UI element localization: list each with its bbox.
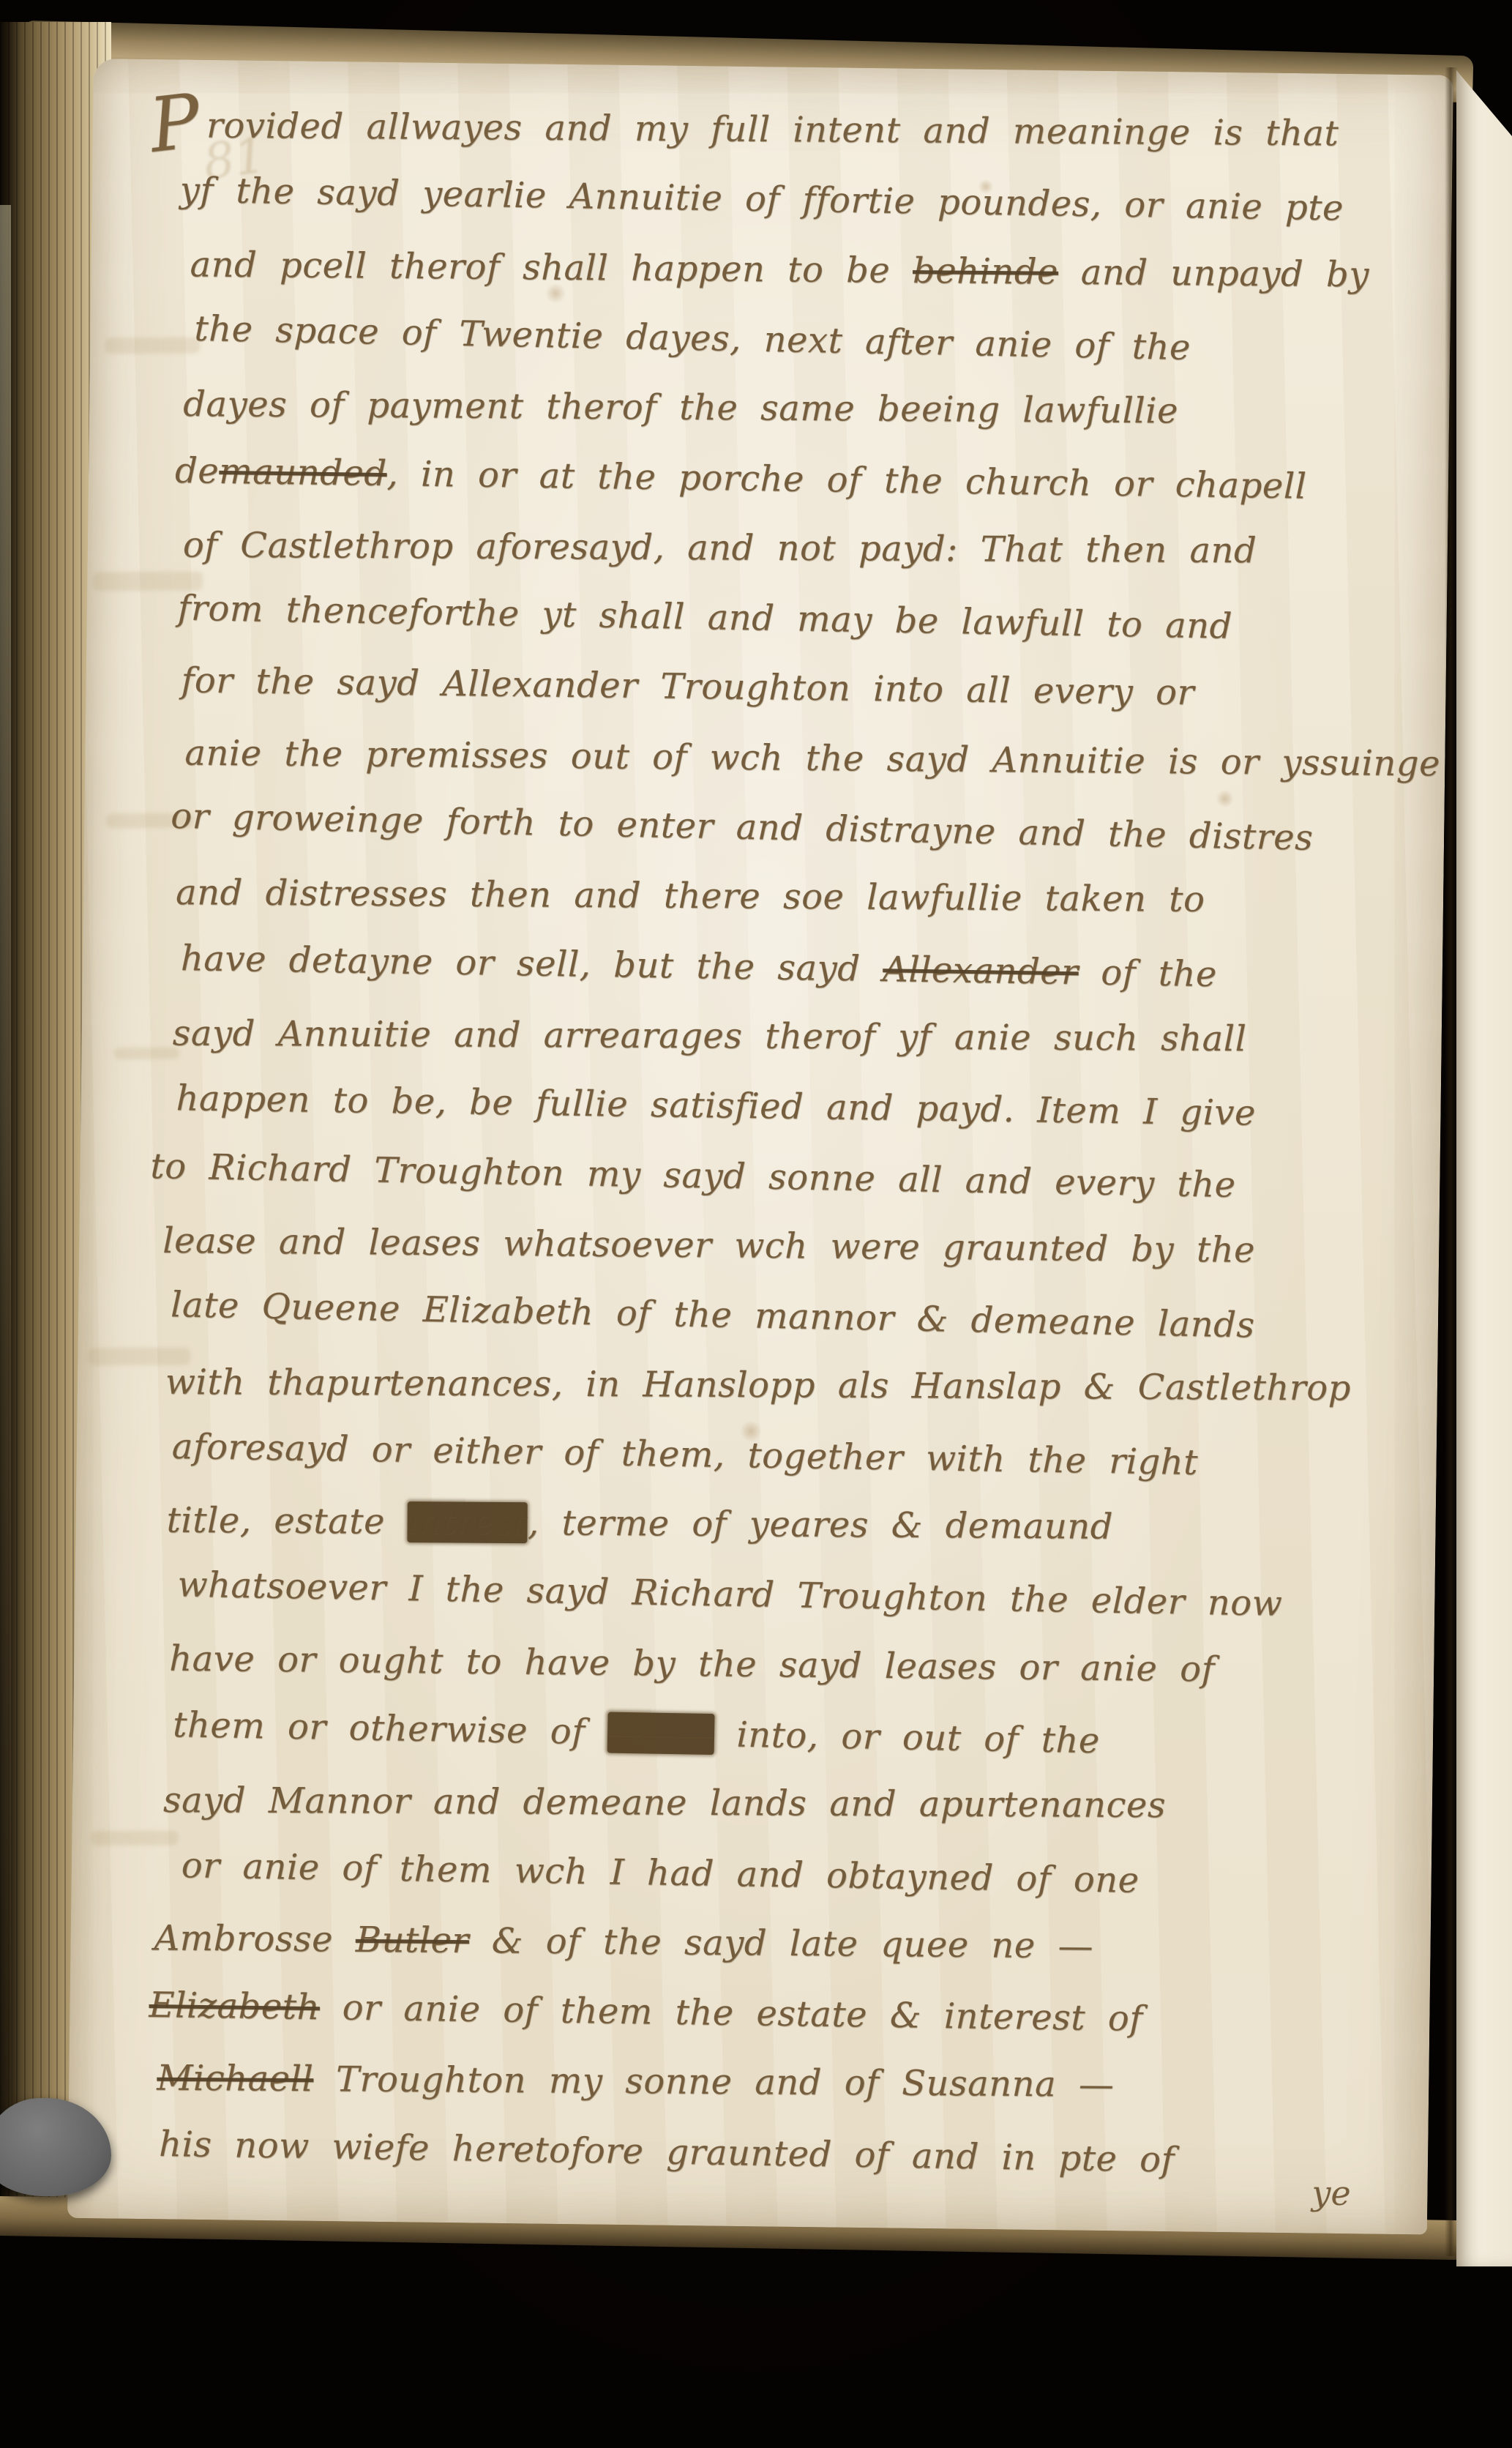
text-run: with thapurtenances, in Hanslopp als Han… bbox=[165, 1362, 1351, 1408]
text-run: have detayne or sell, but the sayd bbox=[181, 938, 883, 990]
text-run: yf the sayd yearlie Annuitie of ffortie … bbox=[179, 170, 1344, 229]
text-run: of the bbox=[1078, 952, 1217, 995]
manuscript-line-24: them or otherwise of ——— into, or out of… bbox=[173, 1704, 1101, 1761]
text-run: lease and leases whatsoever wch were gra… bbox=[162, 1220, 1255, 1271]
text-run: , in or at the porche of the church or c… bbox=[386, 453, 1307, 507]
manuscript-line-13: have detayne or sell, but the sayd Allex… bbox=[181, 938, 1218, 995]
manuscript-line-1: Provided allwayes and my full intent and… bbox=[150, 105, 1339, 154]
text-strike: Butler bbox=[356, 1919, 470, 1961]
text-strike: Allexander bbox=[883, 949, 1079, 993]
text-run: Ambrosse bbox=[154, 1917, 356, 1960]
facing-page-edge bbox=[1456, 70, 1512, 2266]
text-run: and pcell therof shall happen to be bbox=[190, 244, 913, 291]
text-strike: Michaell bbox=[157, 2058, 313, 2100]
text-run: , terme of yeares & demaund bbox=[528, 1502, 1113, 1548]
text-run: or anie of them wch I had and obtayned o… bbox=[181, 1845, 1139, 1901]
manuscript-line-3: and pcell therof shall happen to be behi… bbox=[190, 244, 1369, 295]
text-blot: intrest bbox=[408, 1501, 528, 1543]
manuscript-line-16: to Richard Troughton my sayd sonne all a… bbox=[150, 1146, 1236, 1206]
photo-background: 81 ye Provided allwayes and my full inte… bbox=[0, 0, 1512, 2448]
text-run: and unpayd by bbox=[1058, 251, 1369, 295]
text-run: them or otherwise of bbox=[173, 1704, 608, 1753]
text-run: to Richard Troughton my sayd sonne all a… bbox=[150, 1146, 1236, 1206]
text-run: the space of Twentie dayes, next after a… bbox=[194, 308, 1191, 368]
text-strike: Elizabeth bbox=[149, 1985, 320, 2028]
manuscript-line-27: Ambrosse Butler & of the sayd late quee … bbox=[154, 1917, 1093, 1966]
page-fold-crease bbox=[1445, 67, 1458, 2256]
text-run: sayd Mannor and demeane lands and apurte… bbox=[163, 1780, 1166, 1826]
text-run: of Castlethrop aforesayd, and not payd: … bbox=[183, 524, 1257, 571]
manuscript-line-9: for the sayd Allexander Troughton into a… bbox=[181, 660, 1194, 714]
manuscript-line-6: demaunded, in or at the porche of the ch… bbox=[175, 450, 1307, 507]
manuscript-line-29: Michaell Troughton my sonne and of Susan… bbox=[157, 2058, 1115, 2105]
cover-edge-sliver bbox=[0, 205, 11, 2138]
text-initial: P bbox=[150, 121, 201, 127]
text-run: rovided allwayes and my full intent and … bbox=[206, 105, 1339, 154]
text-run: or groweinge forth to enter and distrayn… bbox=[171, 796, 1314, 859]
manuscript-line-30: his now wiefe heretofore graunted of and… bbox=[159, 2124, 1175, 2181]
manuscript-line-28: Elizabeth or anie of them the estate & i… bbox=[149, 1985, 1143, 2040]
manuscript-line-12: and distresses then and there soe lawful… bbox=[176, 872, 1205, 920]
manuscript-line-4: the space of Twentie dayes, next after a… bbox=[194, 308, 1191, 368]
manuscript-line-2: yf the sayd yearlie Annuitie of ffortie … bbox=[179, 170, 1344, 229]
text-strike: maunded bbox=[219, 450, 387, 493]
manuscript-line-8: from thenceforthe yt shall and may be la… bbox=[177, 588, 1232, 647]
text-run: from thenceforthe yt shall and may be la… bbox=[177, 588, 1232, 647]
catchword: ye bbox=[1311, 2173, 1351, 2214]
text-run: Troughton my sonne and of Susanna — bbox=[313, 2059, 1115, 2106]
manuscript-line-25: sayd Mannor and demeane lands and apurte… bbox=[163, 1780, 1166, 1826]
manuscript-line-18: late Queene Elizabeth of the mannor & de… bbox=[171, 1284, 1255, 1346]
text-run: whatsoever I the sayd Richard Troughton … bbox=[177, 1564, 1283, 1624]
text-run: anie the premisses out of wch the sayd A… bbox=[184, 732, 1440, 784]
text-run: happen to be, be fullie satisfied and pa… bbox=[176, 1078, 1256, 1134]
manuscript-line-26: or anie of them wch I had and obtayned o… bbox=[181, 1845, 1139, 1901]
manuscript-line-11: or groweinge forth to enter and distrayn… bbox=[171, 796, 1314, 859]
manuscript-line-23: have or ought to have by the sayd leases… bbox=[169, 1638, 1215, 1690]
manuscript-line-19: with thapurtenances, in Hanslopp als Han… bbox=[165, 1362, 1351, 1408]
manuscript-text: 81 ye Provided allwayes and my full inte… bbox=[67, 59, 1453, 2234]
manuscript-line-14: sayd Annuitie and arrearages therof yf a… bbox=[173, 1012, 1247, 1059]
text-run: aforesayd or either of them, together wi… bbox=[171, 1426, 1198, 1483]
text-run: or anie of them the estate & interest of bbox=[320, 1987, 1143, 2040]
text-run: de bbox=[175, 450, 220, 492]
manuscript-line-5: dayes of payment therof the same beeing … bbox=[183, 384, 1178, 431]
manuscript-line-22: whatsoever I the sayd Richard Troughton … bbox=[177, 1564, 1283, 1624]
text-run: dayes of payment therof the same beeing … bbox=[183, 384, 1178, 431]
manuscript-line-15: happen to be, be fullie satisfied and pa… bbox=[176, 1078, 1256, 1134]
manuscript-line-10: anie the premisses out of wch the sayd A… bbox=[184, 732, 1440, 784]
manuscript-line-21: title, estate intrest, terme of yeares &… bbox=[166, 1500, 1113, 1548]
text-run: late Queene Elizabeth of the mannor & de… bbox=[171, 1284, 1255, 1346]
text-strike: behinde bbox=[913, 250, 1058, 293]
text-blot: ——— bbox=[607, 1712, 714, 1755]
manuscript-line-20: aforesayd or either of them, together wi… bbox=[171, 1426, 1198, 1483]
text-run: and distresses then and there soe lawful… bbox=[176, 872, 1205, 920]
text-run: for the sayd Allexander Troughton into a… bbox=[181, 660, 1194, 714]
text-run: into, or out of the bbox=[714, 1714, 1100, 1761]
text-run: title, estate bbox=[166, 1500, 407, 1542]
manuscript-line-17: lease and leases whatsoever wch were gra… bbox=[162, 1220, 1255, 1271]
manuscript-line-7: of Castlethrop aforesayd, and not payd: … bbox=[183, 524, 1257, 571]
text-run: & of the sayd late quee ne — bbox=[469, 1920, 1094, 1966]
text-run: have or ought to have by the sayd leases… bbox=[169, 1638, 1215, 1690]
text-run: sayd Annuitie and arrearages therof yf a… bbox=[173, 1012, 1247, 1059]
text-run: his now wiefe heretofore graunted of and… bbox=[159, 2124, 1175, 2181]
